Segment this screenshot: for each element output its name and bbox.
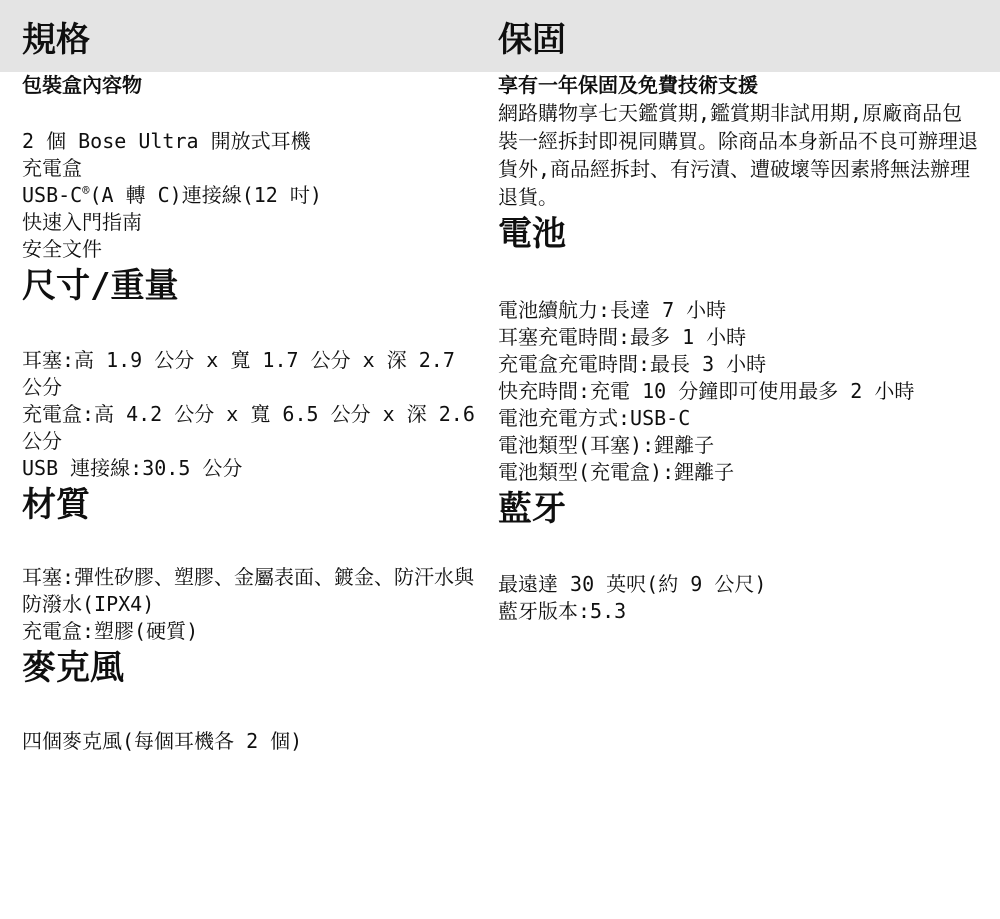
page-title-specs: 規格 <box>22 17 476 63</box>
section-title-bluetooth: 藍牙 <box>498 486 980 532</box>
box-contents-item-usb-cable: USB-C®(A 轉 C)連接線(12 吋) <box>22 182 476 209</box>
section-title-microphones: 麥克風 <box>22 645 476 691</box>
dimensions-line-case: 充電盒:高 4.2 公分 x 寬 6.5 公分 x 深 2.6 公分 <box>22 401 476 455</box>
battery-line-earbud-charge-time: 耳塞充電時間:最多 1 小時 <box>498 324 980 351</box>
materials-list: 耳塞:彈性矽膠、塑膠、金屬表面、鍍金、防汗水與防潑水(IPX4) 充電盒:塑膠(… <box>22 564 476 645</box>
bluetooth-line-version: 藍牙版本:5.3 <box>498 598 980 625</box>
materials-line-case: 充電盒:塑膠(硬質) <box>22 618 476 645</box>
box-contents-item: 安全文件 <box>22 236 476 263</box>
warranty-column: 享有一年保固及免費技術支援 網路購物享七天鑑賞期,鑑賞期非試用期,原廠商品包裝一… <box>498 72 980 625</box>
dimensions-list: 耳塞:高 1.9 公分 x 寬 1.7 公分 x 深 2.7 公分 充電盒:高 … <box>22 347 476 482</box>
page-title-warranty: 保固 <box>498 17 970 63</box>
bluetooth-list: 最遠達 30 英呎(約 9 公尺) 藍牙版本:5.3 <box>498 571 980 625</box>
box-contents-list: 2 個 Bose Ultra 開放式耳機 充電盒 USB-C®(A 轉 C)連接… <box>22 128 476 263</box>
battery-list: 電池續航力:長達 7 小時 耳塞充電時間:最多 1 小時 充電盒充電時間:最長 … <box>498 297 980 486</box>
microphones-list: 四個麥克風(每個耳機各 2 個) <box>22 728 476 755</box>
section-title-battery: 電池 <box>498 211 980 257</box>
bluetooth-line-range: 最遠達 30 英呎(約 9 公尺) <box>498 571 980 598</box>
battery-line-type-case: 電池類型(充電盒):鋰離子 <box>498 459 980 486</box>
section-title-materials: 材質 <box>22 482 476 528</box>
battery-line-case-charge-time: 充電盒充電時間:最長 3 小時 <box>498 351 980 378</box>
box-contents-item: 快速入門指南 <box>22 209 476 236</box>
box-contents-heading: 包裝盒內容物 <box>22 72 476 99</box>
box-contents-item: 2 個 Bose Ultra 開放式耳機 <box>22 128 476 155</box>
battery-line-charge-method: 電池充電方式:USB-C <box>498 405 980 432</box>
battery-line-life: 電池續航力:長達 7 小時 <box>498 297 980 324</box>
dimensions-line-cable: USB 連接線:30.5 公分 <box>22 455 476 482</box>
specs-column: 包裝盒內容物 2 個 Bose Ultra 開放式耳機 充電盒 USB-C®(A… <box>22 72 476 755</box>
dimensions-line-earbuds: 耳塞:高 1.9 公分 x 寬 1.7 公分 x 深 2.7 公分 <box>22 347 476 401</box>
microphones-line: 四個麥克風(每個耳機各 2 個) <box>22 728 476 755</box>
usb-cable-detail: (A 轉 C)連接線(12 吋) <box>89 183 321 207</box>
battery-line-quick-charge: 快充時間:充電 10 分鐘即可使用最多 2 小時 <box>498 378 980 405</box>
section-header-band: 規格 保固 <box>0 0 1000 72</box>
box-contents-item: 充電盒 <box>22 155 476 182</box>
warranty-heading: 享有一年保固及免費技術支援 <box>498 72 980 99</box>
content-columns: 包裝盒內容物 2 個 Bose Ultra 開放式耳機 充電盒 USB-C®(A… <box>0 72 1000 755</box>
warranty-policy-paragraph: 網路購物享七天鑑賞期,鑑賞期非試用期,原廠商品包裝一經拆封即視同購買。除商品本身… <box>498 99 980 211</box>
battery-line-type-earbuds: 電池類型(耳塞):鋰離子 <box>498 432 980 459</box>
materials-line-earbuds: 耳塞:彈性矽膠、塑膠、金屬表面、鍍金、防汗水與防潑水(IPX4) <box>22 564 476 618</box>
usb-cable-name: USB-C <box>22 183 82 207</box>
section-title-dimensions: 尺寸/重量 <box>22 263 476 309</box>
